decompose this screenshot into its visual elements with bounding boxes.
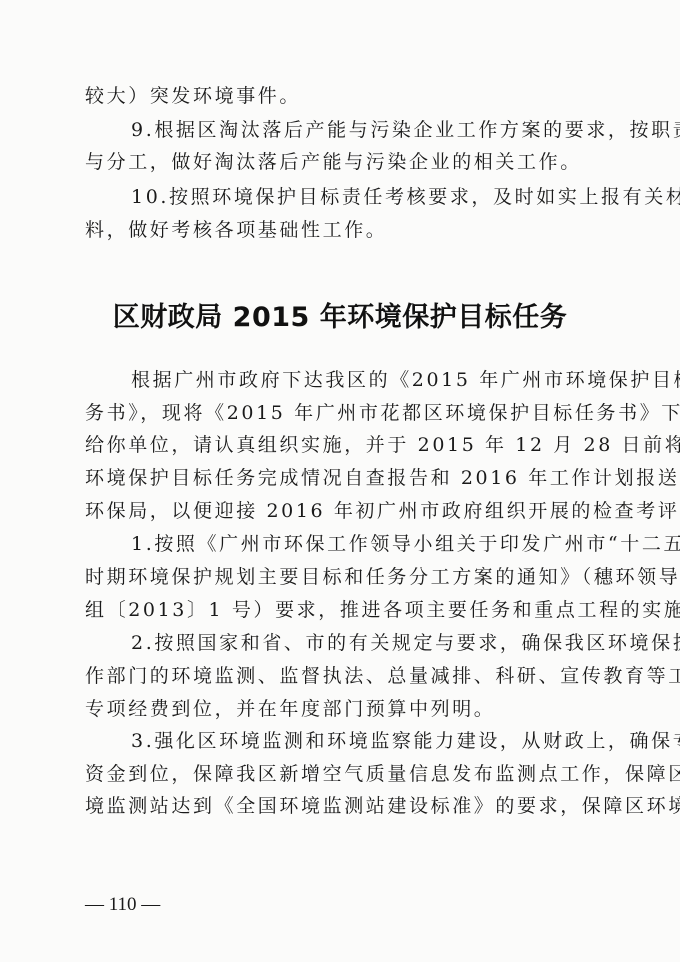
text-line: 境监测站达到《全国环境监测站建设标准》的要求，保障区环境监: [85, 794, 590, 818]
text-line: 与分工，做好淘汰落后产能与污染企业的相关工作。: [85, 150, 590, 174]
text-line: 料，做好考核各项基础性工作。: [85, 218, 590, 242]
text-line: 1.按照《广州市环保工作领导小组关于印发广州市“十二五”: [131, 532, 590, 556]
text-line: 较大）突发环境事件。: [85, 84, 590, 108]
text-line: 资金到位，保障我区新增空气质量信息发布监测点工作，保障区环: [85, 762, 590, 786]
text-line: 3.强化区环境监测和环境监察能力建设，从财政上，确保专项: [131, 729, 590, 753]
text-line: 务书》，现将《2015 年广州市花都区环境保护目标任务书》下达: [85, 401, 590, 425]
text-line: 2.按照国家和省、市的有关规定与要求，确保我区环境保护工: [131, 631, 590, 655]
text-line: 给你单位，请认真组织实施，并于 2015 年 12 月 28 日前将本年度: [85, 433, 590, 457]
text-line: 根据广州市政府下达我区的《2015 年广州市环境保护目标任: [131, 368, 590, 392]
page-number: — 110 —: [85, 893, 160, 917]
text-line: 组〔2013〕1 号）要求，推进各项主要任务和重点工程的实施。: [85, 598, 590, 622]
text-line: 10.按照环境保护目标责任考核要求，及时如实上报有关材: [131, 185, 590, 209]
text-line: 环保局，以便迎接 2016 年初广州市政府组织开展的检查考评。: [85, 499, 590, 523]
text-line: 专项经费到位，并在年度部门预算中列明。: [85, 697, 590, 721]
document-page: 较大）突发环境事件。9.根据区淘汰落后产能与污染企业工作方案的要求，按职责与分工…: [0, 0, 680, 962]
text-line: 作部门的环境监测、监督执法、总量减排、科研、宣传教育等工作: [85, 664, 590, 688]
text-line: 时期环境保护规划主要目标和任务分工方案的通知》（穗环领导小: [85, 565, 590, 589]
section-title: 区财政局 2015 年环境保护目标任务: [0, 301, 680, 335]
text-line: 环境保护目标任务完成情况自查报告和 2016 年工作计划报送区: [85, 466, 590, 490]
text-line: 9.根据区淘汰落后产能与污染企业工作方案的要求，按职责: [131, 118, 590, 142]
